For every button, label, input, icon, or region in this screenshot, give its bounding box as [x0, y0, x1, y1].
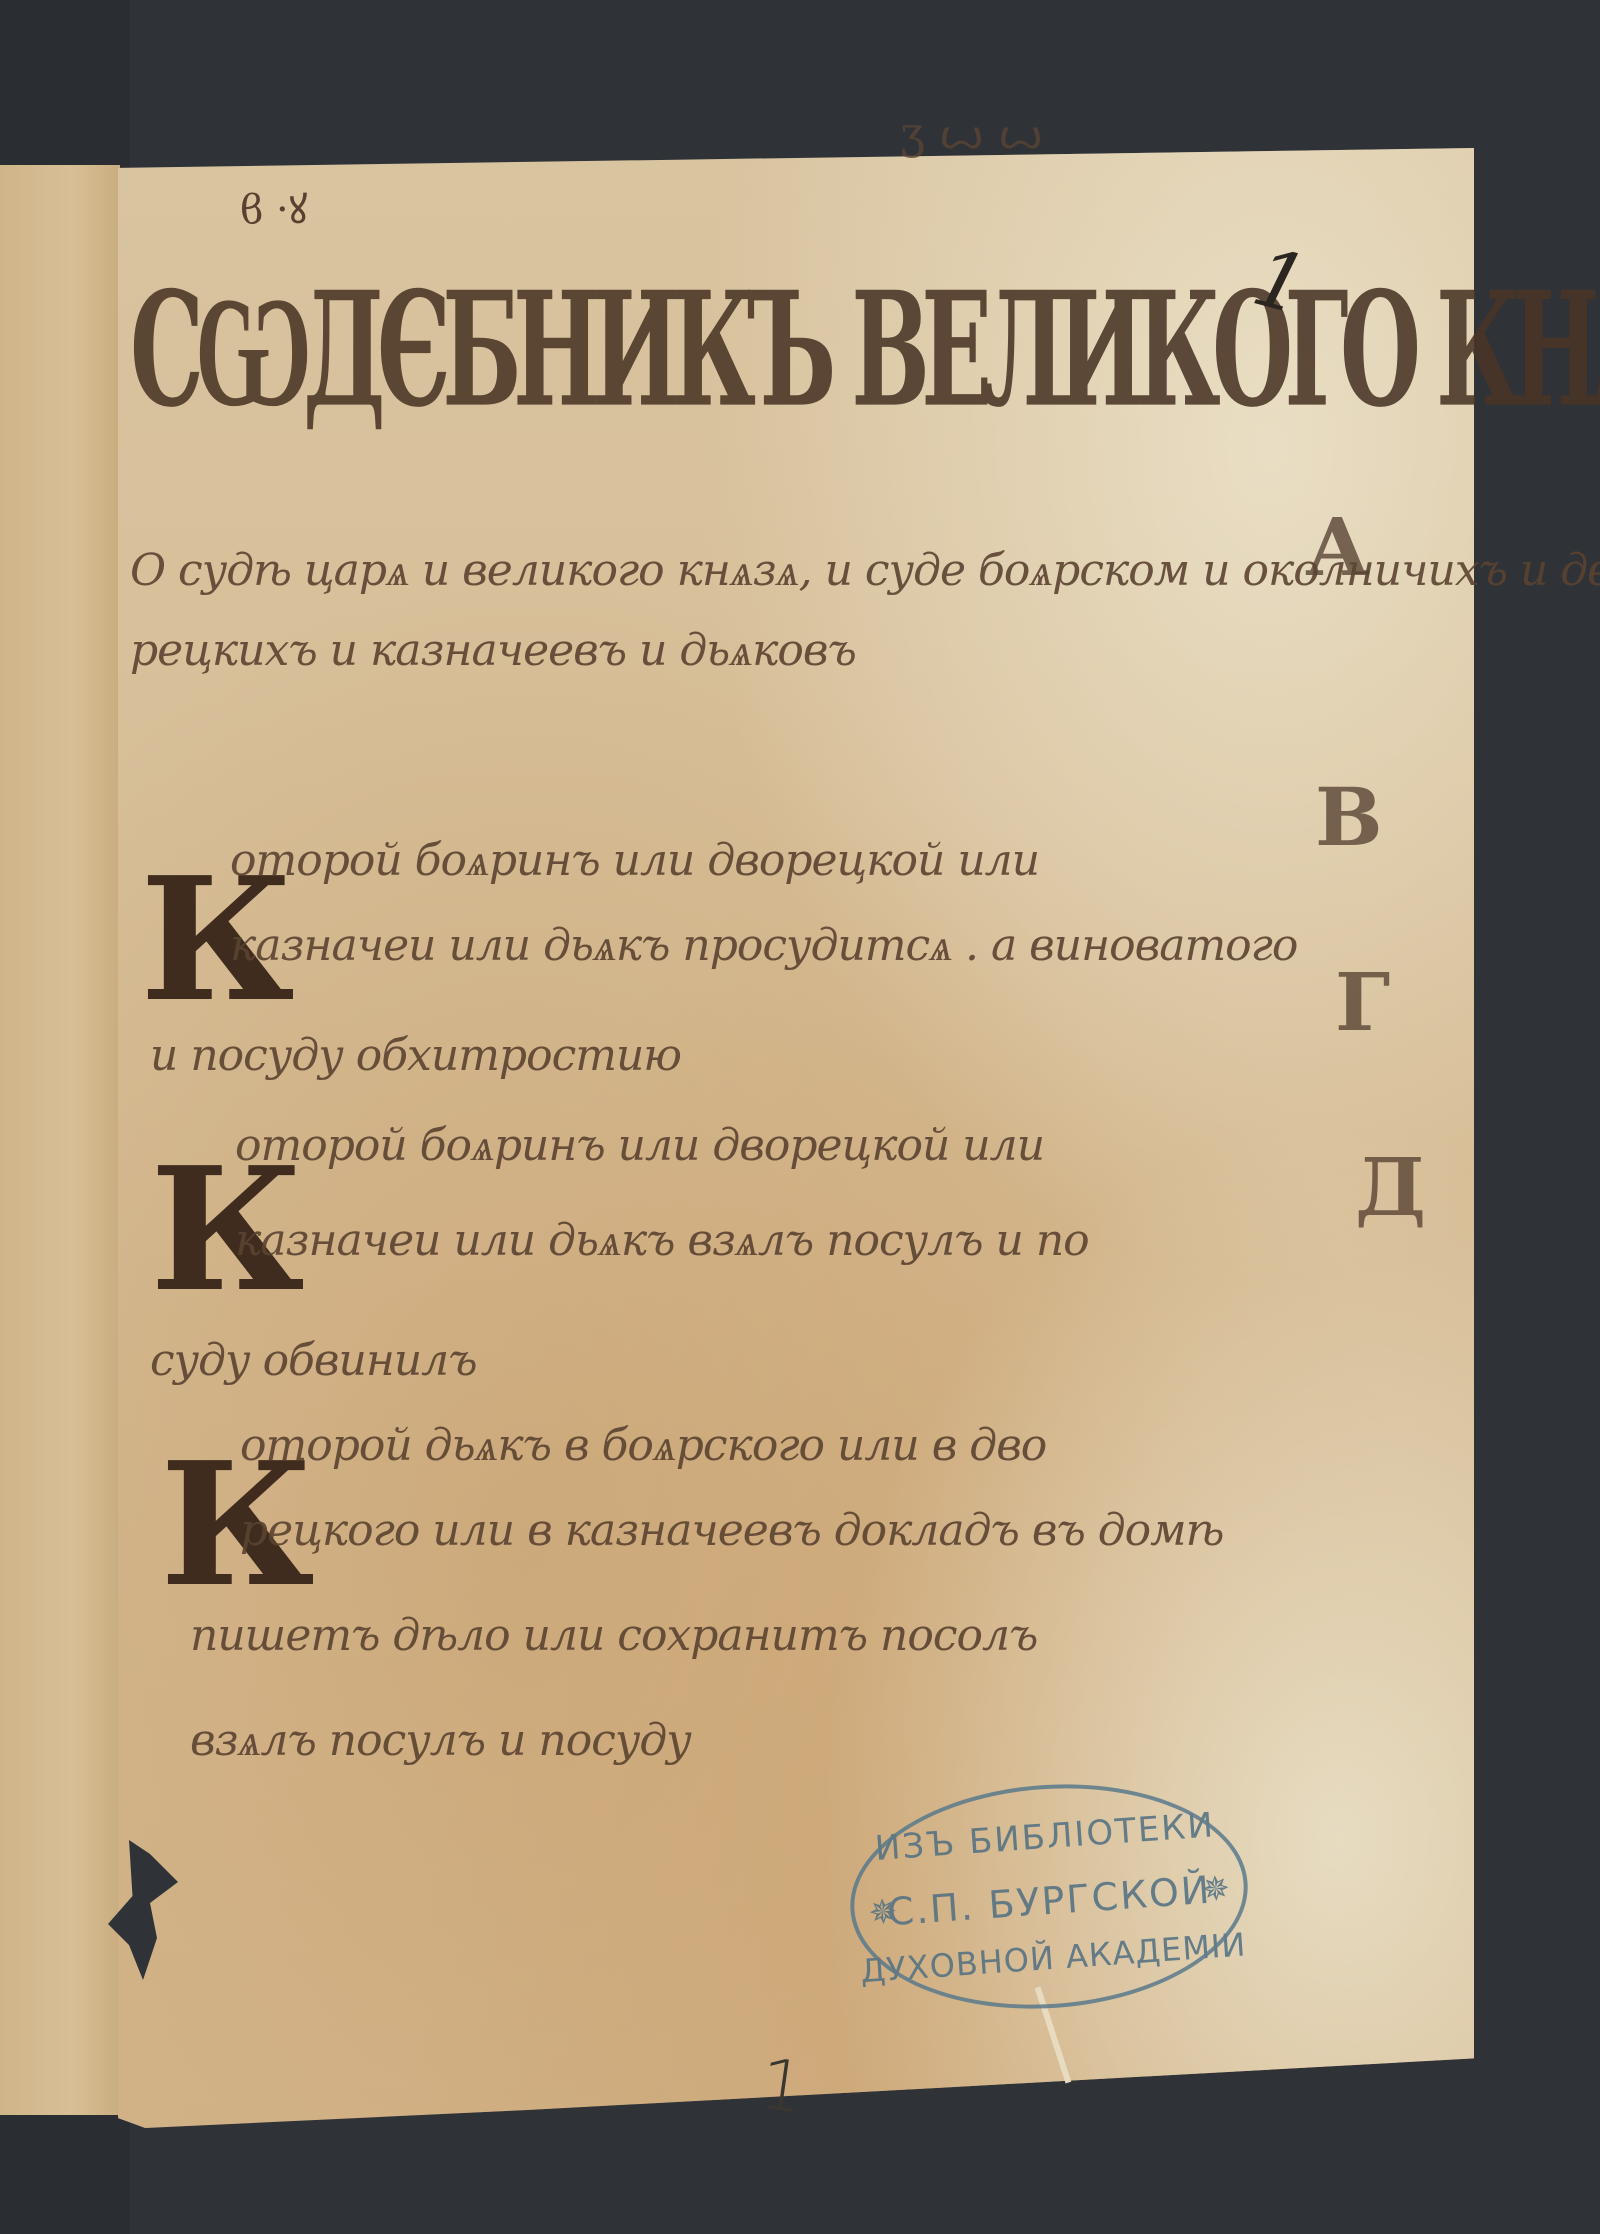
- article-3-number: Г: [1335, 955, 1390, 1049]
- article-2-line-3: и посуду обхитростию: [150, 1030, 681, 1081]
- page-title: СѠДЄБНИКЪ ВЕЛИКОГО КНѦЗѦ: [130, 203, 762, 497]
- article-3-line-3: суду обвинилъ: [150, 1335, 477, 1386]
- article-4-line-1: оторой дьѧкъ в боѧрского или в дво: [240, 1420, 1046, 1471]
- stamp-line-2: С.П. БУРГСКОЙ: [853, 1865, 1245, 1936]
- article-2-line-1: оторой боѧринъ или дворецкой или: [230, 835, 1039, 886]
- article-1-number: А: [1305, 500, 1370, 594]
- article-4-number: Д: [1355, 1140, 1426, 1234]
- article-3-line-2: казначеи или дьѧкъ взѧлъ посулъ и по: [235, 1215, 1089, 1266]
- article-4-line-4: взѧлъ посулъ и посуду: [190, 1715, 691, 1766]
- article-2-number: В: [1315, 770, 1383, 864]
- article-3-line-1: оторой боѧринъ или дворецкой или: [235, 1120, 1044, 1171]
- article-1-line-1: О судѣ царѧ и великого кнѧзѧ, и суде боѧ…: [130, 545, 1600, 596]
- facing-page-edge: [0, 165, 120, 2115]
- top-marginal-marks: ʒ ꙍ ꙍ: [900, 108, 1043, 159]
- article-4-line-2: рецкого или в казначеевъ докладъ въ домѣ: [240, 1505, 1223, 1556]
- article-4-line-3: пишетъ дѣло или сохранитъ посолъ: [190, 1610, 1037, 1661]
- stamp-star-icon: ✵: [1200, 1868, 1231, 1910]
- article-1-line-2: рецкихъ и казначеевъ и дьѧковъ: [130, 625, 856, 676]
- article-2-line-2: казначеи или дьѧкъ просудитсѧ . а винова…: [230, 920, 1297, 971]
